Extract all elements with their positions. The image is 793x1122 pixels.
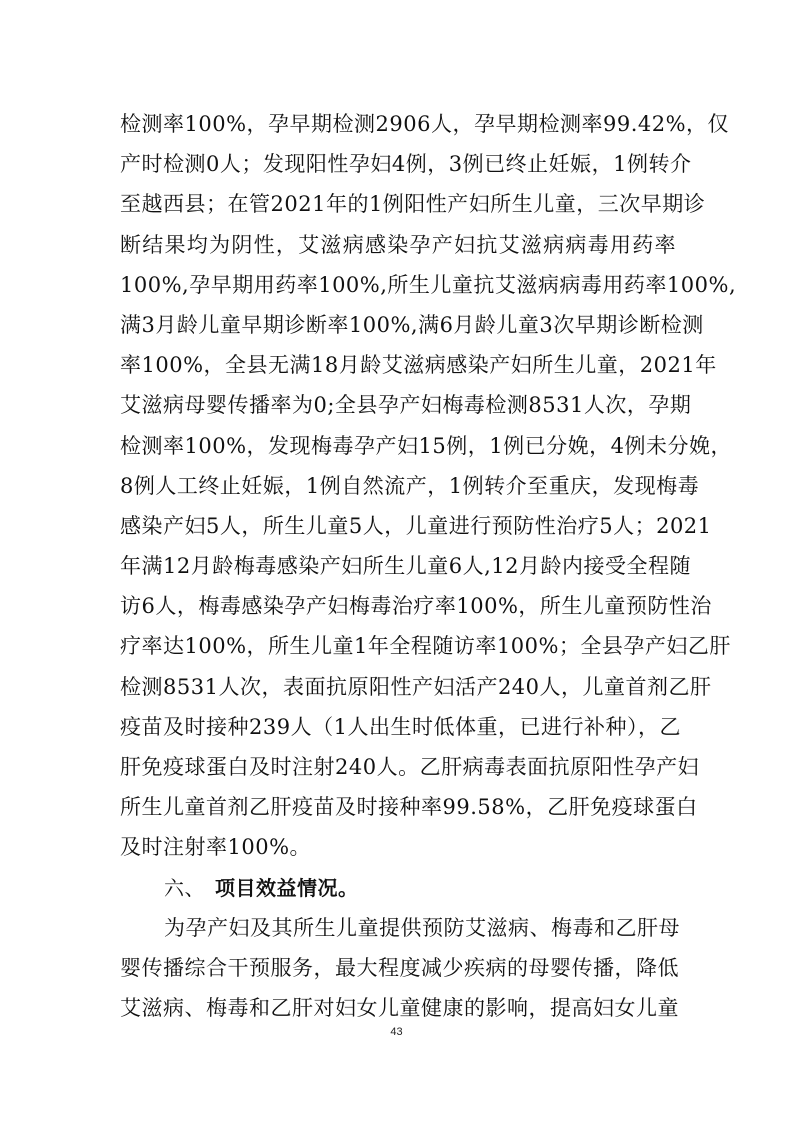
paragraph-benefits: 为孕产妇及其所生儿童提供预防艾滋病、梅毒和乙肝母 婴传播综合干预服务，最大程度减…: [120, 908, 676, 1029]
text-line: 检测率100%，发现梅毒孕产妇15例，1例已分娩，4例未分娩，: [120, 426, 676, 466]
body-text: 检测率100%，孕早期检测2906人，孕早期检测率99.42%，仅 产时检测0人…: [120, 104, 676, 1028]
document-page: 检测率100%，孕早期检测2906人，孕早期检测率99.42%，仅 产时检测0人…: [0, 0, 793, 1122]
text-line: 检测8531人次，表面抗原阳性产妇活产240人，儿童首剂乙肝: [120, 667, 676, 707]
text-line: 年满12月龄梅毒感染产妇所生儿童6人,12月龄内接受全程随: [120, 546, 676, 586]
text-line: 至越西县；在管2021年的1例阳性产妇所生儿童，三次早期诊: [120, 184, 676, 224]
text-line: 艾滋病母婴传播率为0;全县孕产妇梅毒检测8531人次，孕期: [120, 385, 676, 425]
text-line: 为孕产妇及其所生儿童提供预防艾滋病、梅毒和乙肝母: [120, 908, 676, 948]
text-line: 断结果均为阴性，艾滋病感染孕产妇抗艾滋病病毒用药率: [120, 225, 676, 265]
section-number: 六、: [164, 876, 205, 900]
text-line: 率100%，全县无满18月龄艾滋病感染产妇所生儿童，2021年: [120, 345, 676, 385]
paragraph-results: 检测率100%，孕早期检测2906人，孕早期检测率99.42%，仅 产时检测0人…: [120, 104, 676, 868]
text-line: 检测率100%，孕早期检测2906人，孕早期检测率99.42%，仅: [120, 104, 676, 144]
text-line: 8例人工终止妊娠，1例自然流产，1例转介至重庆，发现梅毒: [120, 466, 676, 506]
section-heading: 六、项目效益情况。: [120, 868, 676, 908]
text-line: 满3月龄儿童早期诊断率100%,满6月龄儿童3次早期诊断检测: [120, 305, 676, 345]
text-line: 肝免疫球蛋白及时注射240人。乙肝病毒表面抗原阳性孕产妇: [120, 747, 676, 787]
page-number: 43: [0, 1026, 793, 1038]
text-line: 及时注射率100%。: [120, 827, 676, 867]
text-line: 产时检测0人；发现阳性孕妇4例，3例已终止妊娠，1例转介: [120, 144, 676, 184]
section-title: 项目效益情况。: [215, 876, 359, 900]
text-line: 100%,孕早期用药率100%,所生儿童抗艾滋病病毒用药率100%,: [120, 265, 676, 305]
text-line: 疫苗及时接种239人（1人出生时低体重，已进行补种），乙: [120, 707, 676, 747]
text-line: 疗率达100%，所生儿童1年全程随访率100%；全县孕产妇乙肝: [120, 626, 676, 666]
text-line: 所生儿童首剂乙肝疫苗及时接种率99.58%，乙肝免疫球蛋白: [120, 787, 676, 827]
text-line: 婴传播综合干预服务，最大程度减少疾病的母婴传播，降低: [120, 948, 676, 988]
text-line: 访6人，梅毒感染孕产妇梅毒治疗率100%，所生儿童预防性治: [120, 586, 676, 626]
text-line: 艾滋病、梅毒和乙肝对妇女儿童健康的影响，提高妇女儿童: [120, 988, 676, 1028]
text-line: 感染产妇5人，所生儿童5人，儿童进行预防性治疗5人；2021: [120, 506, 676, 546]
